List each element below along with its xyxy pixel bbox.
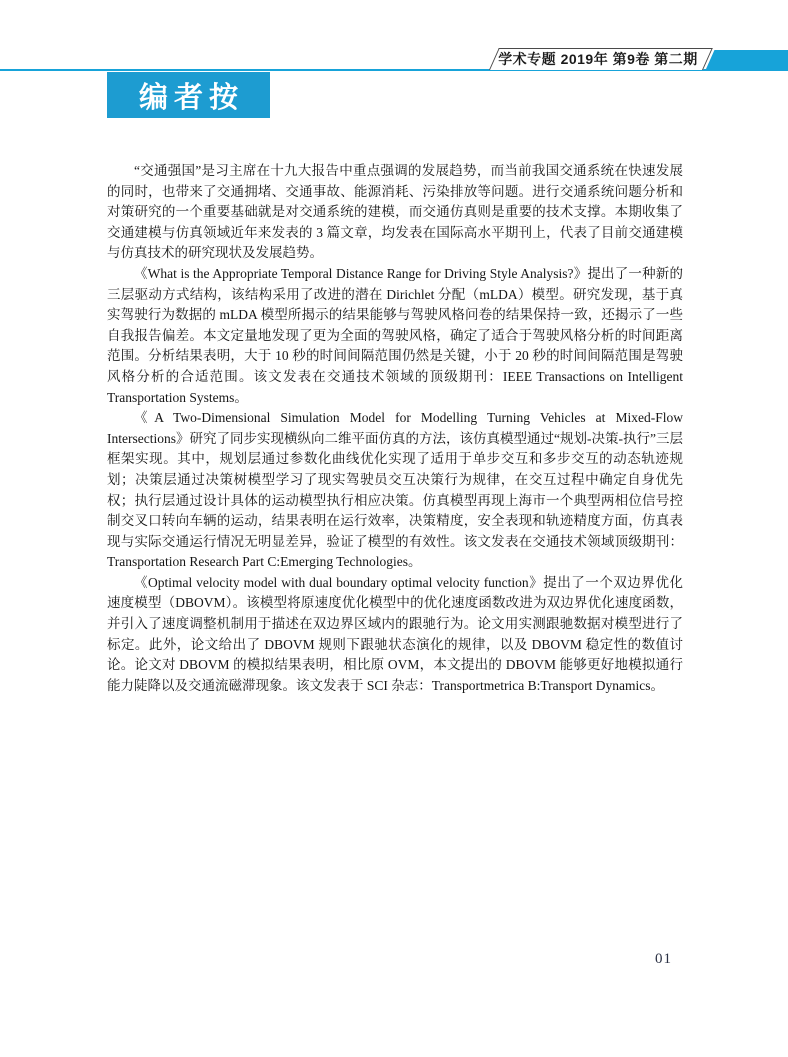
- paragraph-driving-style: 《What is the Appropriate Temporal Distan…: [107, 264, 683, 408]
- paragraph-optimal-velocity: 《Optimal velocity model with dual bounda…: [107, 573, 683, 697]
- page-number: 01: [655, 951, 672, 968]
- editor-note-badge-label: 编者按: [139, 75, 244, 116]
- journal-page: 学术专题 2019年 第9卷 第二期 编者按 “交通强国”是习主席在十九大报告中…: [0, 0, 788, 1057]
- header-accent-parallelogram: [706, 50, 788, 69]
- journal-info: 学术专题 2019年 第9卷 第二期: [497, 50, 699, 69]
- article-body: “交通强国”是习主席在十九大报告中重点强调的发展趋势，而当前我国交通系统在快速发…: [107, 161, 683, 696]
- paragraph-intro: “交通强国”是习主席在十九大报告中重点强调的发展趋势，而当前我国交通系统在快速发…: [107, 161, 683, 264]
- paragraph-turning-vehicles: 《A Two-Dimensional Simulation Model for …: [107, 408, 683, 573]
- editor-note-badge: 编者按: [107, 72, 270, 118]
